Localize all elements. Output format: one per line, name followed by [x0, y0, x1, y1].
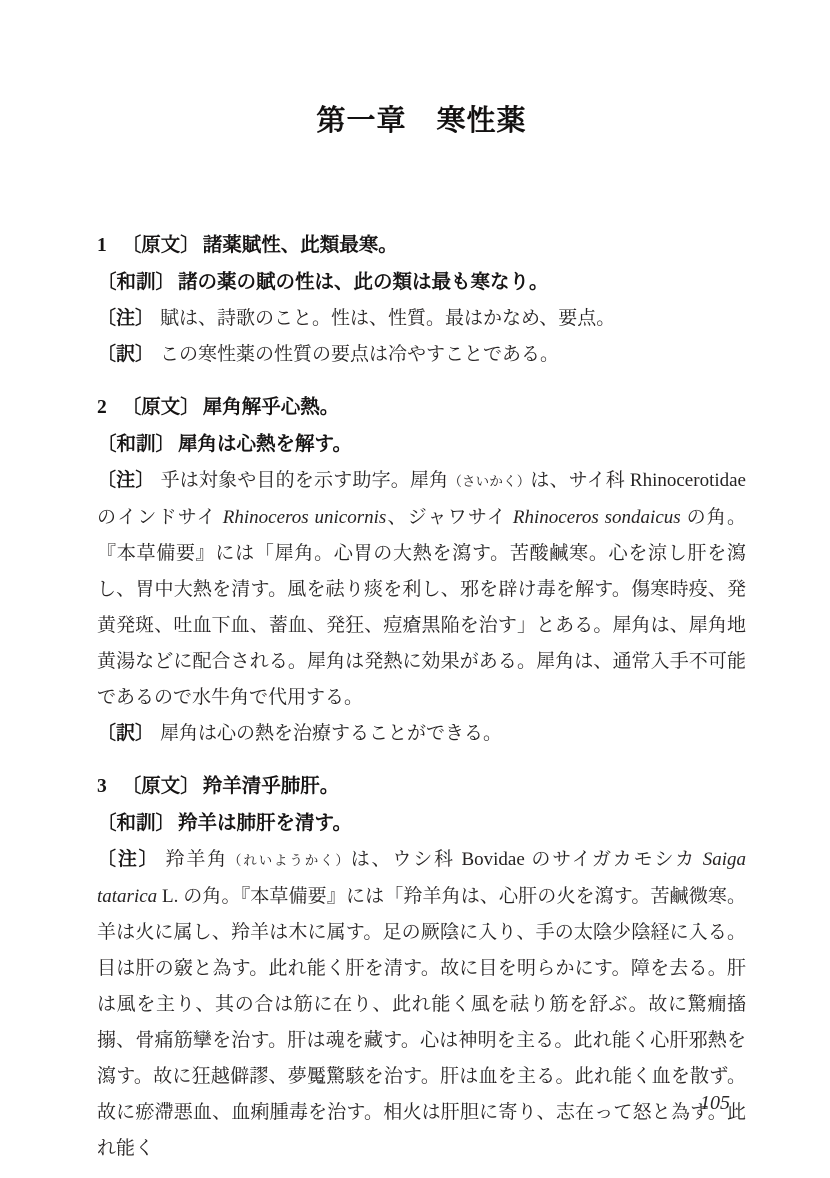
genbun-line: 2〔原文〕犀角解乎心熱。	[97, 389, 746, 426]
chu-paragraph: 〔注〕羚羊角（れいようかく）は、ウシ科 Bovidae のサイガカモシカ Sai…	[97, 842, 746, 1167]
section-number: 3	[97, 776, 107, 797]
section-number: 2	[97, 397, 107, 418]
genbun-label: 〔原文〕	[122, 775, 200, 797]
genbun-line: 1〔原文〕諸薬賦性、此類最寒。	[97, 227, 746, 264]
page-content: 第一章 寒性薬 1〔原文〕諸薬賦性、此類最寒。 〔和訓〕諸の薬の賦の性は、此の類…	[97, 0, 746, 1167]
wakun-line: 〔和訓〕諸の薬の賦の性は、此の類は最も寒なり。	[97, 264, 746, 301]
chu-text: 賦は、詩歌のこと。性は、性質。最はかなめ、要点。	[160, 308, 615, 329]
yaku-text: 犀角は心の熱を治療することができる。	[160, 723, 502, 744]
genbun-text: 犀角解乎心熱。	[203, 396, 340, 418]
genbun-label: 〔原文〕	[122, 396, 200, 418]
genbun-label: 〔原文〕	[122, 234, 200, 256]
wakun-line: 〔和訓〕羚羊は肺肝を清す。	[97, 805, 746, 842]
wakun-label: 〔和訓〕	[97, 812, 175, 834]
chu-label: 〔注〕	[97, 849, 160, 870]
section-2: 2〔原文〕犀角解乎心熱。 〔和訓〕犀角は心熱を解す。 〔注〕乎は対象や目的を示す…	[97, 389, 746, 752]
wakun-text: 犀角は心熱を解す。	[178, 433, 352, 455]
book-page: 第一章 寒性薬 1〔原文〕諸薬賦性、此類最寒。 〔和訓〕諸の薬の賦の性は、此の類…	[0, 0, 830, 1178]
yaku-paragraph: 〔訳〕この寒性薬の性質の要点は冷やすことである。	[97, 337, 746, 373]
yaku-text: この寒性薬の性質の要点は冷やすことである。	[160, 344, 559, 365]
genbun-text: 諸薬賦性、此類最寒。	[203, 234, 398, 256]
wakun-label: 〔和訓〕	[97, 271, 175, 293]
genbun-line: 3〔原文〕羚羊清乎肺肝。	[97, 768, 746, 805]
wakun-line: 〔和訓〕犀角は心熱を解す。	[97, 426, 746, 463]
section-3: 3〔原文〕羚羊清乎肺肝。 〔和訓〕羚羊は肺肝を清す。 〔注〕羚羊角（れいようかく…	[97, 768, 746, 1167]
chu-label: 〔注〕	[97, 470, 155, 491]
chu-label: 〔注〕	[97, 308, 154, 329]
section-number: 1	[97, 235, 107, 256]
yaku-label: 〔訳〕	[97, 723, 154, 744]
genbun-text: 羚羊清乎肺肝。	[203, 775, 340, 797]
wakun-text: 羚羊は肺肝を清す。	[178, 812, 352, 834]
wakun-text: 諸の薬の賦の性は、此の類は最も寒なり。	[178, 271, 549, 293]
chu-paragraph: 〔注〕乎は対象や目的を示す助字。犀角（さいかく）は、サイ科 Rhinocerot…	[97, 463, 746, 716]
wakun-label: 〔和訓〕	[97, 433, 175, 455]
chu-text: 羚羊角（れいようかく）は、ウシ科 Bovidae のサイガカモシカ Saiga …	[97, 849, 746, 1159]
chapter-title: 第一章 寒性薬	[97, 0, 746, 139]
yaku-paragraph: 〔訳〕犀角は心の熱を治療することができる。	[97, 716, 746, 752]
yaku-label: 〔訳〕	[97, 344, 154, 365]
page-number: 105	[700, 1092, 730, 1115]
chu-paragraph: 〔注〕賦は、詩歌のこと。性は、性質。最はかなめ、要点。	[97, 301, 746, 337]
chu-text: 乎は対象や目的を示す助字。犀角（さいかく）は、サイ科 Rhinocerotida…	[97, 470, 746, 708]
section-1: 1〔原文〕諸薬賦性、此類最寒。 〔和訓〕諸の薬の賦の性は、此の類は最も寒なり。 …	[97, 227, 746, 373]
